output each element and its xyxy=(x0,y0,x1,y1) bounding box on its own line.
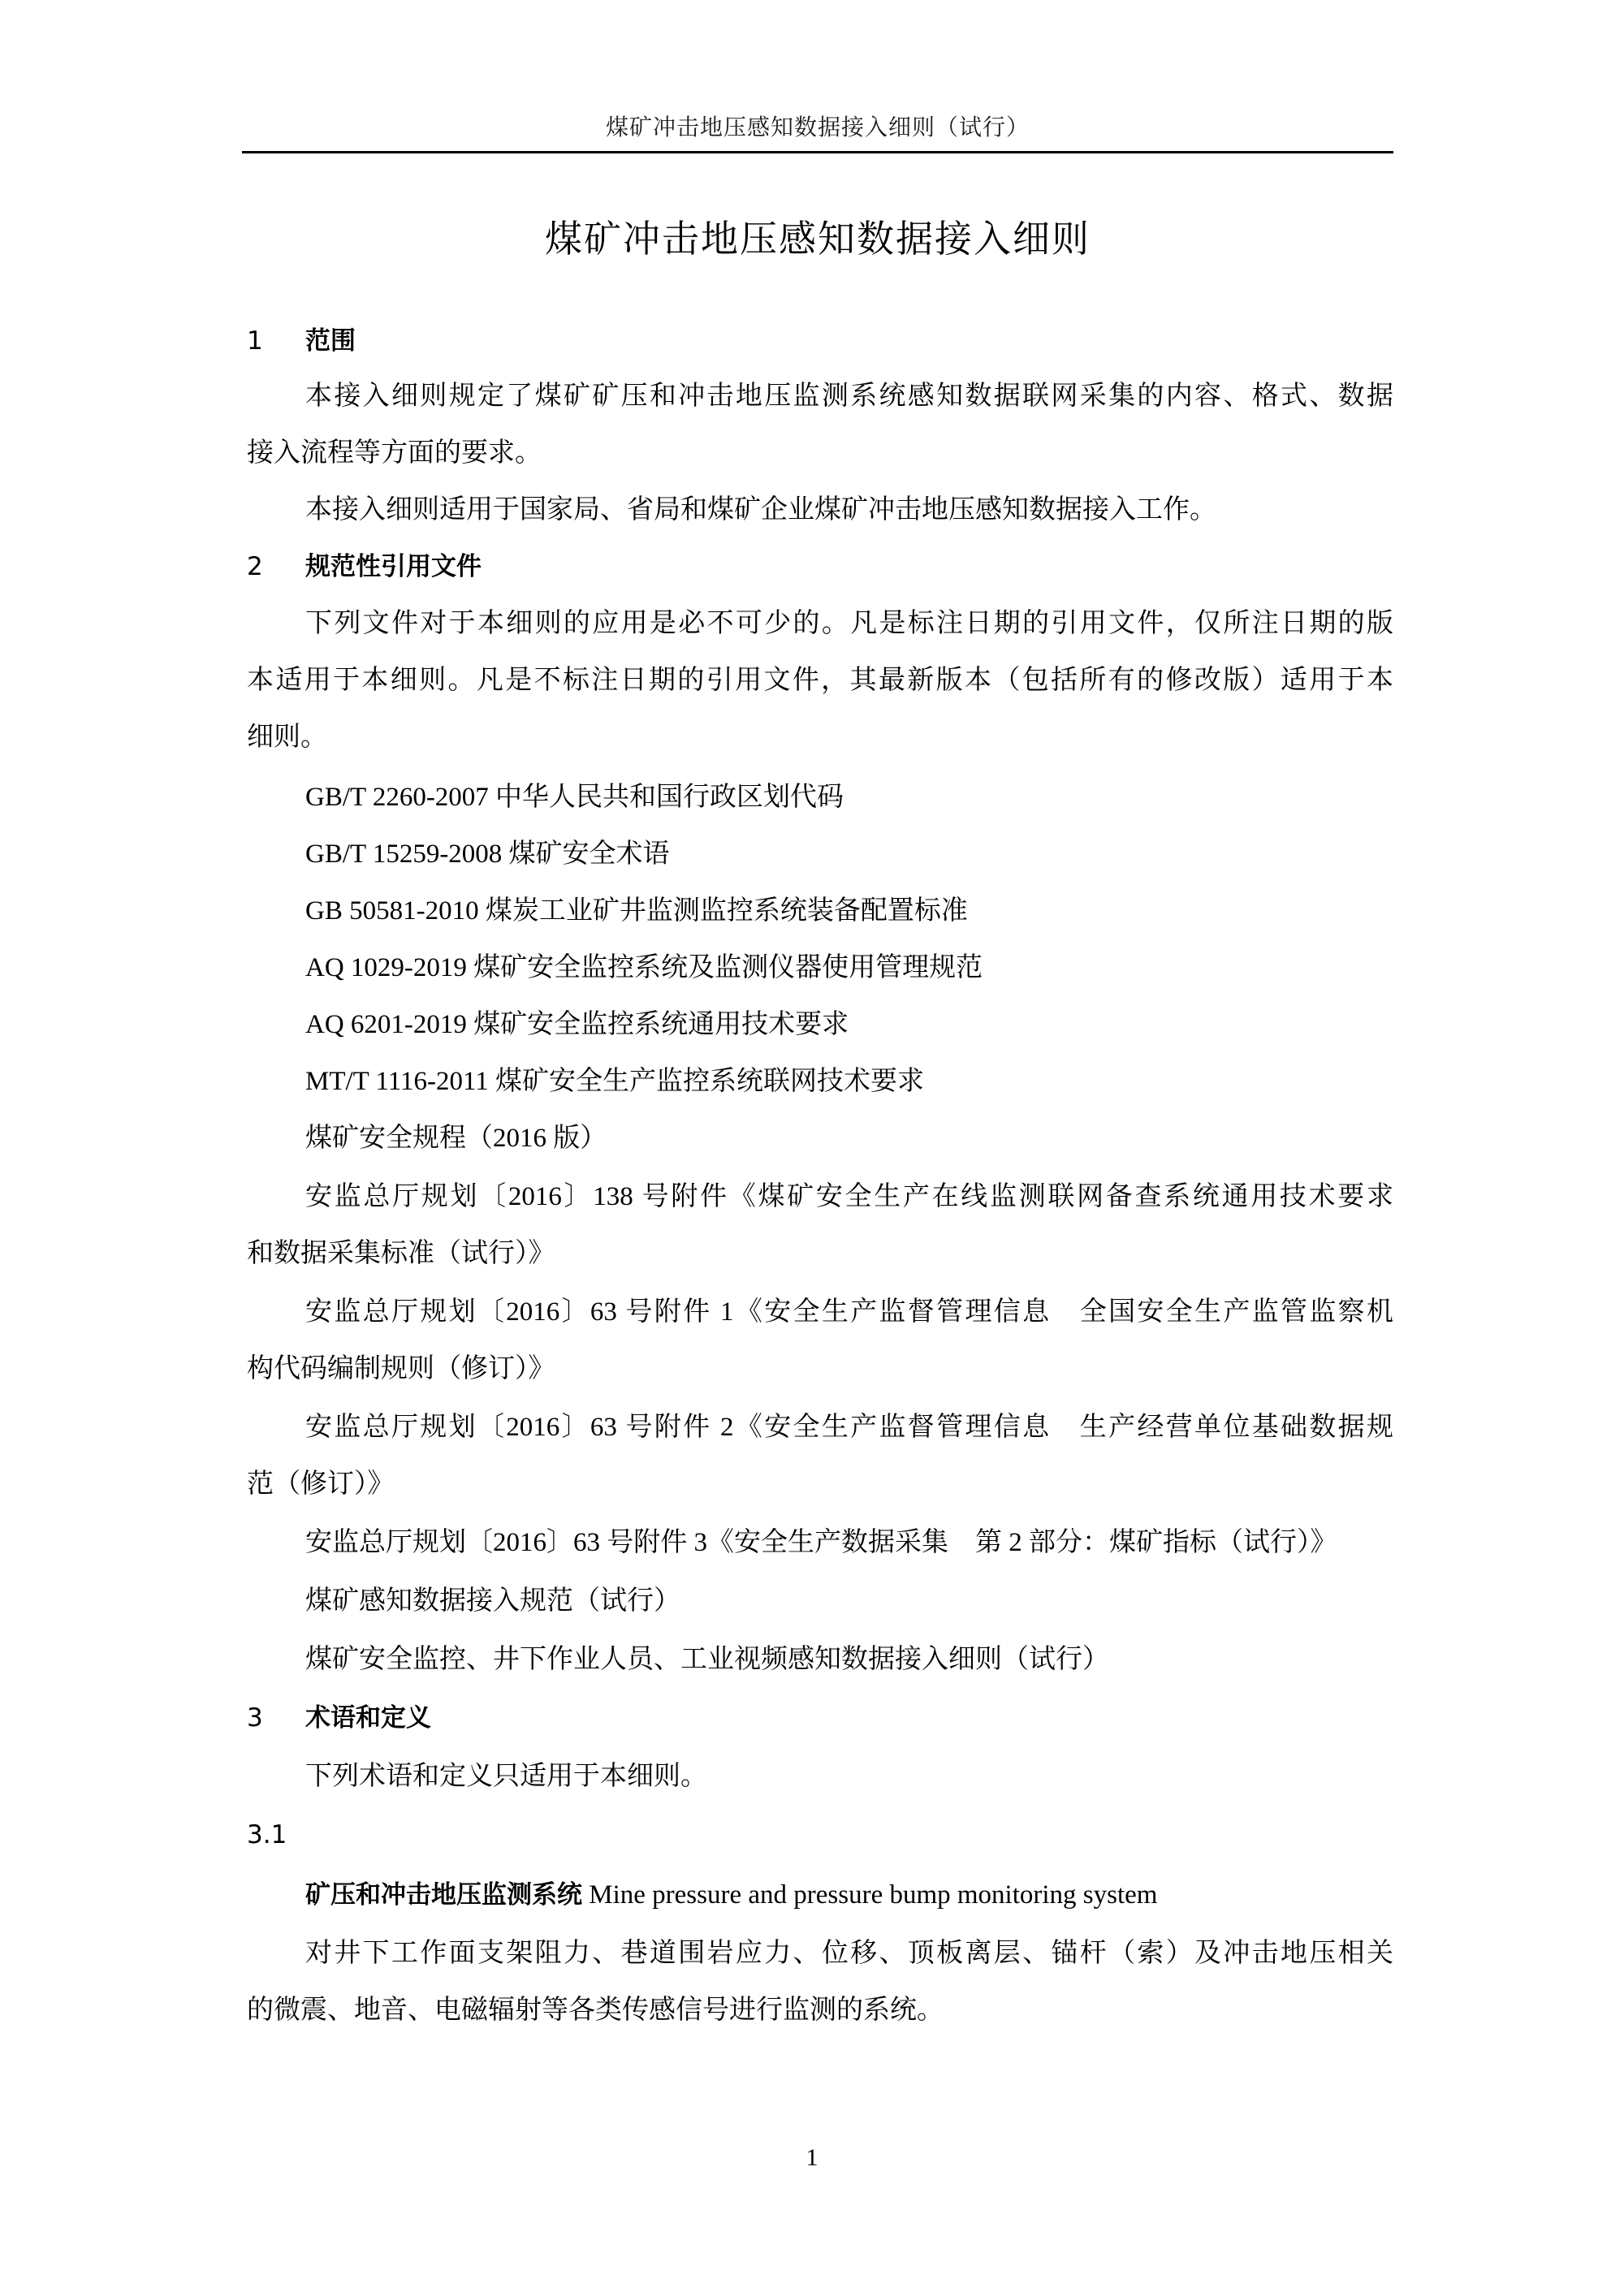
term-entry: 矿压和冲击地压监测系统 Mine pressure and pressure b… xyxy=(305,1877,1157,1913)
term-chinese: 矿压和冲击地压监测系统 xyxy=(305,1880,582,1910)
document-page: 煤矿冲击地压感知数据接入细则（试行） 煤矿冲击地压感知数据接入细则 1范围 本接… xyxy=(0,0,1624,2296)
section-number: 3 xyxy=(247,1700,305,1736)
reference-item: GB/T 15259-2008 煤矿安全术语 xyxy=(305,836,670,872)
paragraph-line: 本接入细则适用于国家局、省局和煤矿企业煤矿冲击地压感知数据接入工作。 xyxy=(305,492,1216,528)
reference-item: 安监总厅规划〔2016〕63 号附件 2《安全生产监督管理信息 生产经营单位基础… xyxy=(305,1409,1393,1445)
reference-item: AQ 1029-2019 煤矿安全监控系统及监测仪器使用管理规范 xyxy=(305,950,983,986)
term-english: Mine pressure and pressure bump monitori… xyxy=(589,1880,1157,1910)
header-rule xyxy=(242,151,1393,153)
paragraph-line: 细则。 xyxy=(247,719,327,755)
paragraph-line: 本接入细则规定了煤矿矿压和冲击地压监测系统感知数据联网采集的内容、格式、数据 xyxy=(305,378,1393,414)
section-title: 规范性引用文件 xyxy=(305,552,482,581)
definition-line: 对井下工作面支架阻力、巷道围岩应力、位移、顶板离层、锚杆（索）及冲击地压相关 xyxy=(305,1936,1393,1971)
reference-item: 煤矿安全规程（2016 版） xyxy=(305,1120,607,1156)
paragraph-line: 下列文件对于本细则的应用是必不可少的。凡是标注日期的引用文件，仅所注日期的版 xyxy=(305,606,1393,641)
section-number: 1 xyxy=(247,323,305,359)
paragraph-line: 下列术语和定义只适用于本细则。 xyxy=(305,1759,707,1794)
page-number: 1 xyxy=(0,2142,1624,2174)
paragraph-line: 本适用于本细则。凡是不标注日期的引用文件，其最新版本（包括所有的修改版）适用于本 xyxy=(247,662,1393,698)
section-2-heading: 2规范性引用文件 xyxy=(247,549,482,585)
reference-item: GB 50581-2010 煤炭工业矿井监测监控系统装备配置标准 xyxy=(305,893,968,929)
reference-item-continuation: 构代码编制规则（修订）》 xyxy=(247,1351,555,1387)
reference-item: 安监总厅规划〔2016〕138 号附件《煤矿安全生产在线监测联网备查系统通用技术… xyxy=(305,1179,1393,1215)
reference-item: 安监总厅规划〔2016〕63 号附件 1《安全生产监督管理信息 全国安全生产监管… xyxy=(305,1294,1393,1330)
reference-item: 煤矿安全监控、井下作业人员、工业视频感知数据接入细则（试行） xyxy=(305,1642,1109,1677)
section-1-heading: 1范围 xyxy=(247,323,356,359)
subsection-number: 3.1 xyxy=(247,1817,287,1853)
reference-item-continuation: 范（修订）》 xyxy=(247,1466,395,1502)
reference-item: MT/T 1116-2011 煤矿安全生产监控系统联网技术要求 xyxy=(305,1064,924,1099)
reference-item: AQ 6201-2019 煤矿安全监控系统通用技术要求 xyxy=(305,1007,849,1042)
section-title: 范围 xyxy=(305,326,356,356)
reference-item: 安监总厅规划〔2016〕63 号附件 3《安全生产数据采集 第 2 部分：煤矿指… xyxy=(305,1525,1337,1560)
section-3-heading: 3术语和定义 xyxy=(247,1700,431,1736)
running-header: 煤矿冲击地压感知数据接入细则（试行） xyxy=(242,112,1393,145)
document-title: 煤矿冲击地压感知数据接入细则 xyxy=(242,213,1393,265)
subsection-number-text: 3.1 xyxy=(247,1820,287,1849)
reference-item-continuation: 和数据采集标准（试行）》 xyxy=(247,1236,555,1271)
reference-item: 煤矿感知数据接入规范（试行） xyxy=(305,1583,680,1619)
section-title: 术语和定义 xyxy=(305,1703,431,1733)
paragraph-line: 接入流程等方面的要求。 xyxy=(247,435,542,471)
definition-line: 的微震、地音、电磁辐射等各类传感信号进行监测的系统。 xyxy=(247,1992,944,2028)
reference-item: GB/T 2260-2007 中华人民共和国行政区划代码 xyxy=(305,779,844,815)
section-number: 2 xyxy=(247,549,305,585)
